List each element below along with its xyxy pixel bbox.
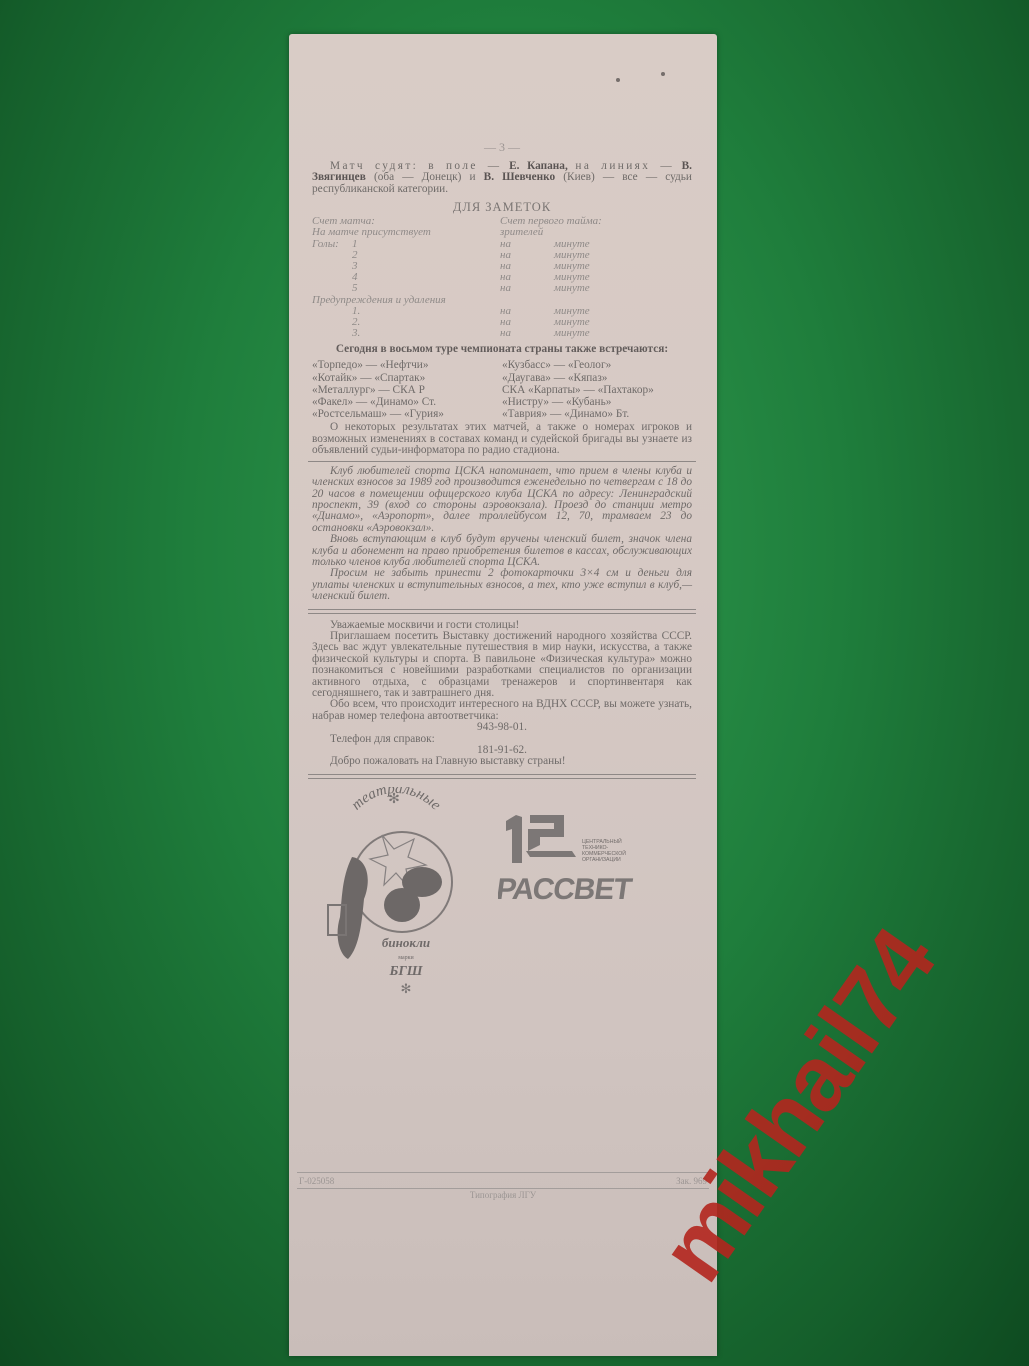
rassvet-number-icon [506, 815, 576, 863]
svg-text:ЦЕНТРАЛЬНЫЙ: ЦЕНТРАЛЬНЫЙ [582, 837, 622, 845]
match-item: «Даугава» — «Кяпаз» [502, 372, 692, 384]
notes-heading: ДЛЯ ЗАМЕТОК [312, 200, 692, 215]
main-referee: Е. Капана, [509, 160, 568, 172]
match-item: «Котайк» — «Спартак» [312, 372, 502, 384]
match-item: «Таврия» — «Динамо» Бт. [502, 408, 692, 420]
match-item: «Кузбасс» — «Геолог» [502, 359, 692, 371]
printer-name: Типография ЛГУ [289, 1190, 717, 1200]
divider [308, 461, 696, 462]
imprint-bar: Г-025058 Зак. 969 [297, 1172, 709, 1189]
ad-brand-small: марки [398, 955, 414, 961]
ad-bottom-text: бинокли [382, 935, 430, 950]
match-item: «Нистру» — «Кубань» [502, 396, 692, 408]
note-row: 5наминуте [312, 283, 692, 294]
spectators-label: зрителей [500, 227, 543, 238]
cska-paragraph-3: Просим не забыть принести 2 фотокарточки… [312, 568, 692, 602]
warnings-list: 1.наминуте2.наминуте3.наминуте [312, 306, 692, 340]
rassvet-subtitle: ЦЕНТРАЛЬНЫЙ ТЕХНИКО- КОММЕРЧЕСКОЙ ОРГАНИ… [582, 837, 626, 863]
ads-area: ✻ театральные бинокли марки БГШ ✻ [312, 785, 692, 1025]
vdnh-welcome: Добро пожаловать на Главную выставку стр… [312, 756, 692, 767]
lines-label: на линиях — [575, 160, 674, 172]
match-item: «Факел» — «Динамо» Ст. [312, 396, 502, 408]
match-item: «Торпедо» — «Нефтчи» [312, 359, 502, 371]
ad-brand: БГШ [388, 964, 423, 979]
match-item: «Ростсельмаш» — «Гурия» [312, 408, 502, 420]
match-item: «Металлург» — СКА Р [312, 384, 502, 396]
info-paragraph: О некоторых результатах этих матчей, а т… [312, 422, 692, 456]
paper-speck [661, 72, 665, 76]
svg-text:КОММЕРЧЕСКОЙ: КОММЕРЧЕСКОЙ [582, 849, 626, 857]
goals-list: Голы:1наминуте2наминуте3наминуте4наминут… [312, 239, 692, 295]
warnings-label-text: Предупреждения и удаления [312, 295, 446, 306]
referees-paragraph: Матч судят: в поле — Е. Капана, на линия… [312, 161, 692, 195]
vdnh-paragraph-2: Обо всем, что происходит интересного на … [312, 699, 692, 722]
today-heading: Сегодня в восьмом туре чемпионата страны… [312, 343, 692, 355]
attendance-label: На матче присутствует [312, 227, 500, 238]
page-number: — 3 — [312, 140, 692, 155]
rassvet-name: РАССВЕТ [498, 873, 635, 906]
other-matches: «Торпедо» — «Нефтчи»«Котайк» — «Спартак»… [312, 359, 692, 420]
imprint-code: Г-025058 [299, 1176, 334, 1186]
binoculars-ad: ✻ театральные бинокли марки БГШ ✻ [322, 787, 482, 1007]
page-content: — 3 — Матч судят: в поле — Е. Капана, на… [312, 140, 692, 1025]
match-item: СКА «Карпаты» — «Пахтакор» [502, 384, 692, 396]
cska-paragraph-1: Клуб любителей спорта ЦСКА напоминает, ч… [312, 466, 692, 534]
program-page: — 3 — Матч судят: в поле — Е. Капана, на… [289, 34, 717, 1356]
matches-left-column: «Торпедо» — «Нефтчи»«Котайк» — «Спартак»… [312, 359, 502, 420]
svg-text:ОРГАНИЗАЦИИ: ОРГАНИЗАЦИИ [582, 857, 621, 863]
asterisk-icon: ✻ [401, 981, 412, 996]
vdnh-paragraph-1: Приглашаем посетить Выставку достижений … [312, 631, 692, 699]
vdnh-phone-1: 943-98-01. [312, 722, 692, 733]
paper-speck [616, 78, 620, 82]
assistant-city: (оба — Донецк) и [374, 171, 476, 183]
matches-right-column: «Кузбасс» — «Геолог»«Даугава» — «Кяпаз»С… [502, 359, 692, 420]
rassvet-logo: ЦЕНТРАЛЬНЫЙ ТЕХНИКО- КОММЕРЧЕСКОЙ ОРГАНИ… [498, 807, 678, 947]
divider [308, 774, 696, 779]
referees-lead: Матч судят: в поле — [330, 160, 502, 172]
assistant-referee-2: В. Шевченко [484, 171, 555, 183]
cska-paragraph-2: Вновь вступающим в клуб будут вручены чл… [312, 534, 692, 568]
divider [308, 609, 696, 614]
attendance-row: На матче присутствует зрителей [312, 227, 692, 238]
note-row: 3.наминуте [312, 328, 692, 339]
